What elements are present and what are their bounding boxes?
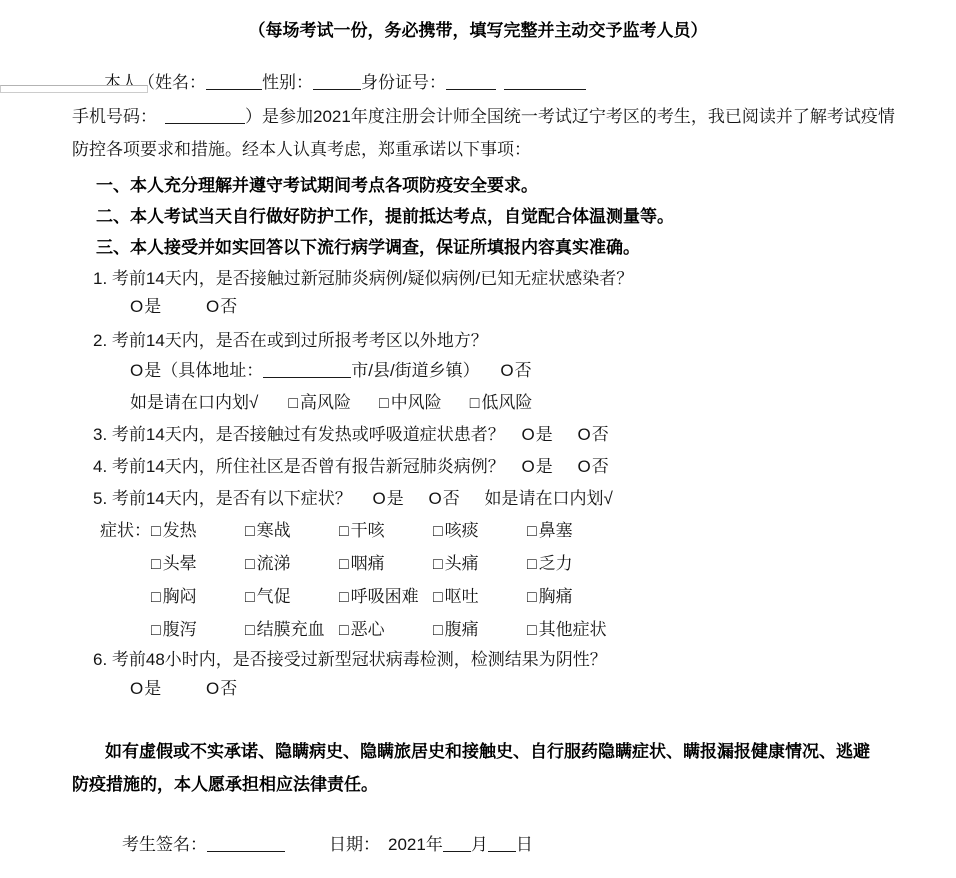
checkbox-icon: □ bbox=[245, 589, 255, 606]
phone-label: 手机号码： bbox=[72, 107, 157, 126]
signature-line: 考生签名：日期：2021年月日 bbox=[122, 834, 533, 856]
symptom-item: □呕吐 bbox=[433, 586, 527, 609]
radio-icon: O bbox=[500, 361, 513, 380]
radio-label: 否 bbox=[443, 489, 460, 508]
name-blank bbox=[206, 75, 262, 90]
checkbox-icon: □ bbox=[527, 589, 537, 606]
day-blank bbox=[488, 837, 516, 852]
q5-text: 5. 考前14天内，是否有以下症状？ bbox=[93, 489, 352, 508]
symptom-item: □流涕 bbox=[245, 553, 339, 576]
address-blank bbox=[263, 363, 351, 378]
symptom-item: □发热 bbox=[151, 520, 245, 543]
symptom-item: □腹痛 bbox=[433, 619, 527, 642]
symptom-item: □头痛 bbox=[433, 553, 527, 576]
symptom-label: 腹痛 bbox=[445, 620, 479, 639]
symptom-label: 其他症状 bbox=[539, 620, 607, 639]
symptom-label: 发热 bbox=[163, 521, 197, 540]
q4-text: 4. 考前14天内，所住社区是否曾有报告新冠肺炎病例？ bbox=[93, 457, 505, 476]
question-6: 6. 考前48小时内，是否接受过新型冠状病毒检测，检测结果为阴性？ bbox=[93, 649, 607, 671]
radio-label: 是 bbox=[536, 425, 553, 444]
radio-label: 是 bbox=[144, 679, 161, 698]
symptom-label: 结膜充血 bbox=[257, 620, 325, 639]
radio-icon: O bbox=[130, 679, 143, 698]
checkbox-icon: □ bbox=[527, 523, 537, 540]
symptom-item: □结膜充血 bbox=[245, 619, 339, 642]
risk-options: □高风险□中风险□低风险 bbox=[288, 392, 532, 415]
checkbox-icon: □ bbox=[151, 589, 161, 606]
commitment-3: 三、本人接受并如实回答以下流行病学调查，保证所填报内容真实准确。 bbox=[96, 237, 640, 259]
symptom-row-4: □腹泻□结膜充血□恶心□腹痛□其他症状 bbox=[151, 619, 621, 642]
symptom-item: □呼吸困难 bbox=[339, 586, 433, 609]
symptom-label: 咽痛 bbox=[351, 554, 385, 573]
checkbox-icon: □ bbox=[339, 622, 349, 639]
symptom-item: □咳痰 bbox=[433, 520, 527, 543]
checkbox-icon: □ bbox=[151, 622, 161, 639]
checkbox-icon: □ bbox=[470, 395, 480, 412]
q2-option-no: O否 bbox=[500, 361, 531, 380]
checkbox-icon: □ bbox=[245, 556, 255, 573]
q1-option-yes: O是 bbox=[130, 297, 161, 316]
intro-line-2: 防控各项要求和措施。经本人认真考虑，郑重承诺以下事项： bbox=[72, 139, 531, 161]
radio-label: 否 bbox=[220, 679, 237, 698]
symptom-row-2: □头晕□流涕□咽痛□头痛□乏力 bbox=[151, 553, 621, 576]
symptoms-label: 症状： bbox=[100, 520, 151, 543]
commitment-1: 一、本人充分理解并遵守考试期间考点各项防疫安全要求。 bbox=[96, 175, 538, 197]
checkbox-icon: □ bbox=[339, 556, 349, 573]
radio-icon: O bbox=[429, 489, 442, 508]
q2-option-yes: O是（具体地址：市/县/街道乡镇） bbox=[130, 361, 480, 380]
signature-blank bbox=[207, 837, 285, 852]
q4-option-no: O否 bbox=[578, 457, 609, 476]
risk-prompt: 如是请在口内划√ bbox=[130, 393, 258, 412]
checkbox-icon: □ bbox=[433, 556, 443, 573]
symptom-label: 头痛 bbox=[445, 554, 479, 573]
radio-label: 是 bbox=[144, 297, 161, 316]
phone-blank bbox=[165, 109, 245, 124]
q5-option-no: O否 bbox=[429, 489, 460, 508]
risk-label: 高风险 bbox=[300, 393, 351, 412]
left-edge-field-artifact bbox=[0, 85, 148, 93]
checkbox-icon: □ bbox=[433, 622, 443, 639]
commitment-2: 二、本人考试当天自行做好防护工作，提前抵达考点，自觉配合体温测量等。 bbox=[96, 206, 674, 228]
symptom-label: 头晕 bbox=[163, 554, 197, 573]
radio-label: 否 bbox=[515, 361, 532, 380]
q5-note: 如是请在口内划√ bbox=[484, 489, 612, 508]
q6-option-no: O否 bbox=[206, 679, 237, 698]
symptom-item: □胸闷 bbox=[151, 586, 245, 609]
symptom-item: □乏力 bbox=[527, 553, 621, 576]
symptom-label: 寒战 bbox=[257, 521, 291, 540]
address-suffix: 市/县/街道乡镇） bbox=[351, 361, 479, 380]
radio-icon: O bbox=[206, 297, 219, 316]
symptom-item: □头晕 bbox=[151, 553, 245, 576]
risk-item: □高风险 bbox=[288, 392, 351, 415]
question-3: 3. 考前14天内，是否接触过有发热或呼吸道症状患者？ O是 O否 bbox=[93, 424, 609, 446]
symptom-row-1: 症状：□发热□寒战□干咳□咳痰□鼻塞 bbox=[100, 520, 621, 543]
symptom-label: 流涕 bbox=[257, 554, 291, 573]
checkbox-icon: □ bbox=[527, 622, 537, 639]
question-1-options: O是 O否 bbox=[130, 296, 237, 318]
symptom-label: 腹泻 bbox=[163, 620, 197, 639]
q3-option-yes: O是 bbox=[522, 425, 553, 444]
radio-icon: O bbox=[206, 679, 219, 698]
identity-gender-label: 性别： bbox=[262, 73, 313, 92]
checkbox-icon: □ bbox=[151, 556, 161, 573]
month-label: 月 bbox=[471, 835, 488, 854]
radio-icon: O bbox=[578, 425, 591, 444]
checkbox-icon: □ bbox=[339, 589, 349, 606]
checkbox-icon: □ bbox=[288, 395, 298, 412]
signature-label: 考生签名： bbox=[122, 835, 207, 854]
radio-icon: O bbox=[522, 457, 535, 476]
risk-item: □中风险 bbox=[379, 392, 442, 415]
radio-icon: O bbox=[130, 297, 143, 316]
radio-icon: O bbox=[373, 489, 386, 508]
symptom-item: □气促 bbox=[245, 586, 339, 609]
checkbox-icon: □ bbox=[339, 523, 349, 540]
phone-line-text: ）是参加2021年度注册会计师全国统一考试辽宁考区的考生，我已阅读并了解考试疫情 bbox=[245, 107, 895, 126]
symptom-item: □其他症状 bbox=[527, 619, 621, 642]
symptom-label: 恶心 bbox=[351, 620, 385, 639]
question-4: 4. 考前14天内，所住社区是否曾有报告新冠肺炎病例？ O是 O否 bbox=[93, 456, 609, 478]
symptom-item: □腹泻 bbox=[151, 619, 245, 642]
radio-label: 是（具体地址： bbox=[144, 361, 263, 380]
radio-label: 是 bbox=[387, 489, 404, 508]
identity-idnum-label: 身份证号： bbox=[361, 73, 446, 92]
symptom-label: 干咳 bbox=[351, 521, 385, 540]
checkbox-icon: □ bbox=[245, 523, 255, 540]
question-5: 5. 考前14天内，是否有以下症状？ O是 O否 如是请在口内划√ bbox=[93, 488, 613, 510]
q1-option-no: O否 bbox=[206, 297, 237, 316]
radio-icon: O bbox=[130, 361, 143, 380]
symptom-item: □恶心 bbox=[339, 619, 433, 642]
q3-option-no: O否 bbox=[578, 425, 609, 444]
question-6-options: O是 O否 bbox=[130, 678, 237, 700]
symptom-row-3: □胸闷□气促□呼吸困难□呕吐□胸痛 bbox=[151, 586, 621, 609]
q5-option-yes: O是 bbox=[373, 489, 404, 508]
question-1: 1. 考前14天内，是否接触过新冠肺炎病例/疑似病例/已知无症状感染者？ bbox=[93, 268, 633, 290]
radio-label: 否 bbox=[592, 457, 609, 476]
legal-line-1: 如有虚假或不实承诺、隐瞒病史、隐瞒旅居史和接触史、自行服药隐瞒症状、瞒报漏报健康… bbox=[105, 741, 870, 763]
symptom-label: 乏力 bbox=[539, 554, 573, 573]
radio-icon: O bbox=[522, 425, 535, 444]
q6-option-yes: O是 bbox=[130, 679, 161, 698]
risk-label: 中风险 bbox=[391, 393, 442, 412]
radio-label: 否 bbox=[220, 297, 237, 316]
question-2: 2. 考前14天内，是否在或到过所报考考区以外地方？ bbox=[93, 330, 488, 352]
symptom-label: 呕吐 bbox=[445, 587, 479, 606]
symptom-item: □胸痛 bbox=[527, 586, 621, 609]
phone-line: 手机号码：）是参加2021年度注册会计师全国统一考试辽宁考区的考生，我已阅读并了… bbox=[72, 106, 895, 128]
page-title: （每场考试一份，务必携带，填写完整并主动交予监考人员） bbox=[0, 20, 956, 42]
risk-item: □低风险 bbox=[470, 392, 533, 415]
radio-icon: O bbox=[578, 457, 591, 476]
gender-blank bbox=[313, 75, 361, 90]
identity-line: 本人（姓名：性别：身份证号： bbox=[104, 72, 586, 94]
symptom-label: 气促 bbox=[257, 587, 291, 606]
day-label: 日 bbox=[516, 835, 533, 854]
id-number-blank-1 bbox=[446, 75, 496, 90]
date-label: 日期： bbox=[329, 835, 380, 854]
symptom-label: 鼻塞 bbox=[539, 521, 573, 540]
symptom-item: □寒战 bbox=[245, 520, 339, 543]
symptom-label: 咳痰 bbox=[445, 521, 479, 540]
checkbox-icon: □ bbox=[433, 523, 443, 540]
checkbox-icon: □ bbox=[527, 556, 537, 573]
month-blank bbox=[443, 837, 471, 852]
checkbox-icon: □ bbox=[245, 622, 255, 639]
symptom-item: □干咳 bbox=[339, 520, 433, 543]
date-year: 2021年 bbox=[388, 835, 443, 854]
id-number-blank-2 bbox=[504, 75, 586, 90]
symptom-label: 胸闷 bbox=[163, 587, 197, 606]
radio-label: 否 bbox=[592, 425, 609, 444]
commitment-form-page: （每场考试一份，务必携带，填写完整并主动交予监考人员） 本人（姓名：性别：身份证… bbox=[0, 0, 956, 878]
checkbox-icon: □ bbox=[433, 589, 443, 606]
question-2-options: O是（具体地址：市/县/街道乡镇） O否 bbox=[130, 360, 532, 382]
checkbox-icon: □ bbox=[379, 395, 389, 412]
symptom-item: □咽痛 bbox=[339, 553, 433, 576]
symptom-item: □鼻塞 bbox=[527, 520, 621, 543]
q3-text: 3. 考前14天内，是否接触过有发热或呼吸道症状患者？ bbox=[93, 425, 505, 444]
risk-label: 低风险 bbox=[481, 393, 532, 412]
symptom-row-1-items: □发热□寒战□干咳□咳痰□鼻塞 bbox=[151, 520, 621, 543]
symptom-label: 呼吸困难 bbox=[351, 587, 419, 606]
q4-option-yes: O是 bbox=[522, 457, 553, 476]
checkbox-icon: □ bbox=[151, 523, 161, 540]
symptom-label: 胸痛 bbox=[539, 587, 573, 606]
question-2-risk-line: 如是请在口内划√□高风险□中风险□低风险 bbox=[130, 392, 532, 415]
radio-label: 是 bbox=[536, 457, 553, 476]
legal-line-2: 防疫措施的，本人愿承担相应法律责任。 bbox=[72, 774, 378, 796]
